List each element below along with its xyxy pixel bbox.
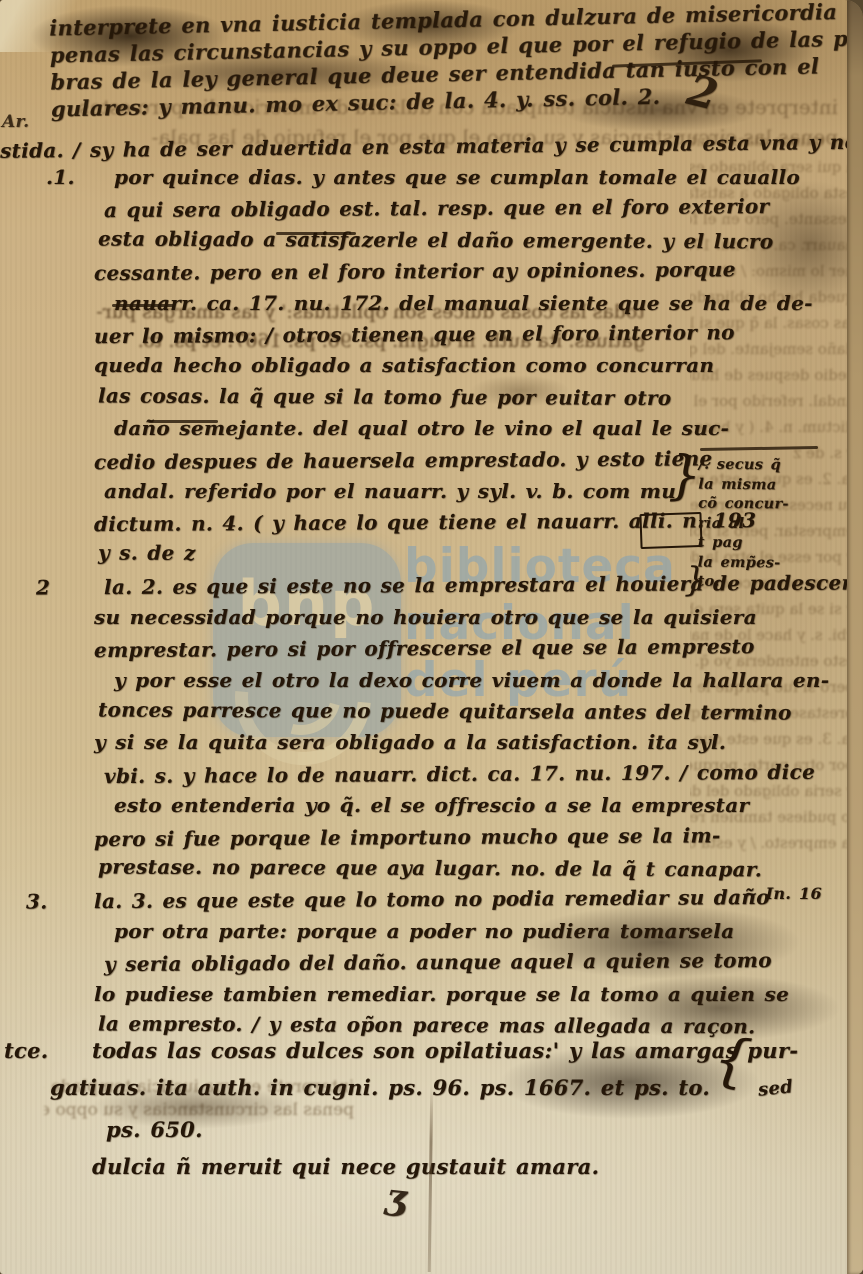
ink-underline (112, 304, 174, 307)
line-text: y si se la quita sera obligado a la sati… (94, 730, 726, 754)
line-text: a qui sera obligado est. tal. resp. que … (104, 194, 769, 222)
manuscript-line: prestase. no parece que aya lugar. no. d… (98, 851, 794, 885)
left-edge-fragment: Ar. (2, 112, 29, 132)
line-text: cedio despues de hauersela emprestado. y… (94, 446, 713, 474)
line-text: vbi. s. y hace lo de nauarr. dict. ca. 1… (104, 759, 815, 787)
line-text: por quince dias. y antes que se cumplan … (114, 165, 800, 189)
bottom-squiggle-flourish: ʒ (384, 1175, 409, 1219)
manuscript-line: pero si fue porque le importuno mucho qu… (94, 819, 794, 855)
margin-note-line: to. (697, 572, 788, 592)
manuscript-line: esta obligado a satisfazerle el daño eme… (98, 223, 794, 257)
line-text: esta obligado a satisfazerle el daño eme… (98, 226, 774, 253)
paragraph-number: 3. (26, 887, 48, 919)
manuscript-line: uer lo mismo: / otros tienen que en el f… (94, 317, 794, 353)
margin-note-secus: /. secus q̃la mismacõ concur-ria alt pag… (697, 455, 789, 592)
line-text: por otra parte: porque a poder no pudier… (114, 919, 734, 943)
line-text: gatiuas. ita auth. in cugni. ps. 96. ps.… (50, 1075, 710, 1100)
manuscript-line: emprestar. pero si por offrescerse el qu… (94, 631, 794, 667)
manuscript-line: daño semejante. del qual otro le vino el… (114, 413, 794, 444)
line-text: esto entenderia yo q̃. el se offrescio a… (114, 793, 749, 817)
line-text: uer lo mismo: / otros tienen que en el f… (94, 320, 735, 348)
line-text: ps. 650. (106, 1117, 203, 1142)
nota-line: gatiuas. ita auth. in cugni. ps. 96. ps.… (50, 1069, 798, 1106)
line-text: cessante. pero en el foro interior ay op… (94, 257, 736, 285)
line-text: y por esse el otro la dexo corre viuem a… (114, 668, 829, 692)
line-text: emprestar. pero si por offrescerse el qu… (94, 634, 755, 662)
manuscript-line: nauarr. ca. 17. nu. 172. del manual sien… (114, 288, 794, 319)
nota-line: ps. 650. (106, 1111, 798, 1148)
manuscript-line: 3. la. 3. es que este que lo tomo no pod… (94, 882, 794, 918)
margin-note-line: la emp̃es- (698, 552, 789, 572)
margin-note-line: /. secus q̃ (698, 455, 789, 475)
line-text: la. 3. es que este que lo tomo no podia … (94, 885, 770, 913)
margin-note-in16: ~ In. 16 (744, 884, 822, 903)
margin-note-line: ria al (698, 513, 789, 533)
ink-underline (148, 420, 218, 423)
line-text: su necessidad porque no houiera otro que… (94, 605, 757, 629)
manuscript-page: bnp bibliotecanacionaldel perú interpret… (0, 0, 863, 1274)
manuscript-line: su necessidad porque no houiera otro que… (94, 602, 794, 633)
manuscript-line: .1. por quince dias. y antes que se cump… (114, 162, 794, 193)
margin-note-sed: sed (757, 1076, 794, 1101)
margin-note-line: cõ concur- (698, 494, 789, 514)
manuscript-line: y si se la quita sera obligado a la sati… (94, 727, 794, 758)
manuscript-line: y seria obligado del daño. aunque aquel … (104, 945, 794, 981)
nota-block: tce. todas las cosas dulces son opilatiu… (92, 1032, 798, 1185)
line-text: y seria obligado del daño. aunque aquel … (104, 948, 772, 976)
margin-note-line: la misma (698, 474, 789, 494)
line-text: nauarr. ca. 17. nu. 172. del manual sien… (114, 291, 813, 315)
margin-note-line: t pag (698, 533, 789, 553)
inked-number-box (639, 512, 702, 549)
line-text: andal. referido por el nauarr. y syl. v.… (104, 479, 676, 503)
main-text-flow: .1. por quince dias. y antes que se cump… (94, 162, 794, 1041)
page-edge (847, 0, 863, 1274)
manuscript-line: vbi. s. y hace lo de nauarr. dict. ca. 1… (104, 757, 794, 793)
line-text: tonces parresce que no puede quitarsela … (98, 697, 792, 724)
ink-underline (276, 232, 356, 235)
nota-line: dulcia ñ meruit qui nece gustauit amara. (92, 1148, 798, 1185)
manuscript-line: a qui sera obligado est. tal. resp. que … (104, 191, 794, 227)
nota-marker: tce. (4, 1032, 48, 1069)
manuscript-line: por otra parte: porque a poder no pudier… (114, 916, 794, 947)
line-text: pero si fue porque le importuno mucho qu… (94, 823, 721, 851)
manuscript-line: y por esse el otro la dexo corre viuem a… (114, 665, 794, 696)
line-text: y s. de z (98, 540, 196, 564)
manuscript-line: queda hecho obligado a satisfaction como… (94, 350, 794, 381)
manuscript-line: tonces parresce que no puede quitarsela … (98, 694, 794, 728)
manuscript-line: lo pudiese tambien remediar. porque se l… (94, 979, 794, 1010)
margin-brace-close-small: } (684, 560, 706, 600)
line-text: lo pudiese tambien remediar. porque se l… (94, 982, 789, 1006)
paragraph-number: 2 (36, 573, 50, 604)
line-text: prestase. no parece que aya lugar. no. d… (98, 854, 762, 881)
margin-brace-close: } (668, 446, 701, 506)
manuscript-line: esto entenderia yo q̃. el se offrescio a… (114, 790, 794, 821)
manuscript-line: cessante. pero en el foro interior ay op… (94, 254, 794, 290)
line-text: las cosas. la q̃ que si la tomo fue por … (98, 383, 672, 410)
nota-line: tce. todas las cosas dulces son opilatiu… (92, 1032, 798, 1069)
line-text: dulcia ñ meruit qui nece gustauit amara. (92, 1154, 599, 1179)
paragraph-number: .1. (46, 162, 75, 193)
manuscript-line: las cosas. la q̃ que si la tomo fue por … (98, 380, 794, 414)
line-text: todas las cosas dulces son opilatiuas:' … (92, 1038, 798, 1063)
line-text: queda hecho obligado a satisfaction como… (94, 353, 714, 377)
